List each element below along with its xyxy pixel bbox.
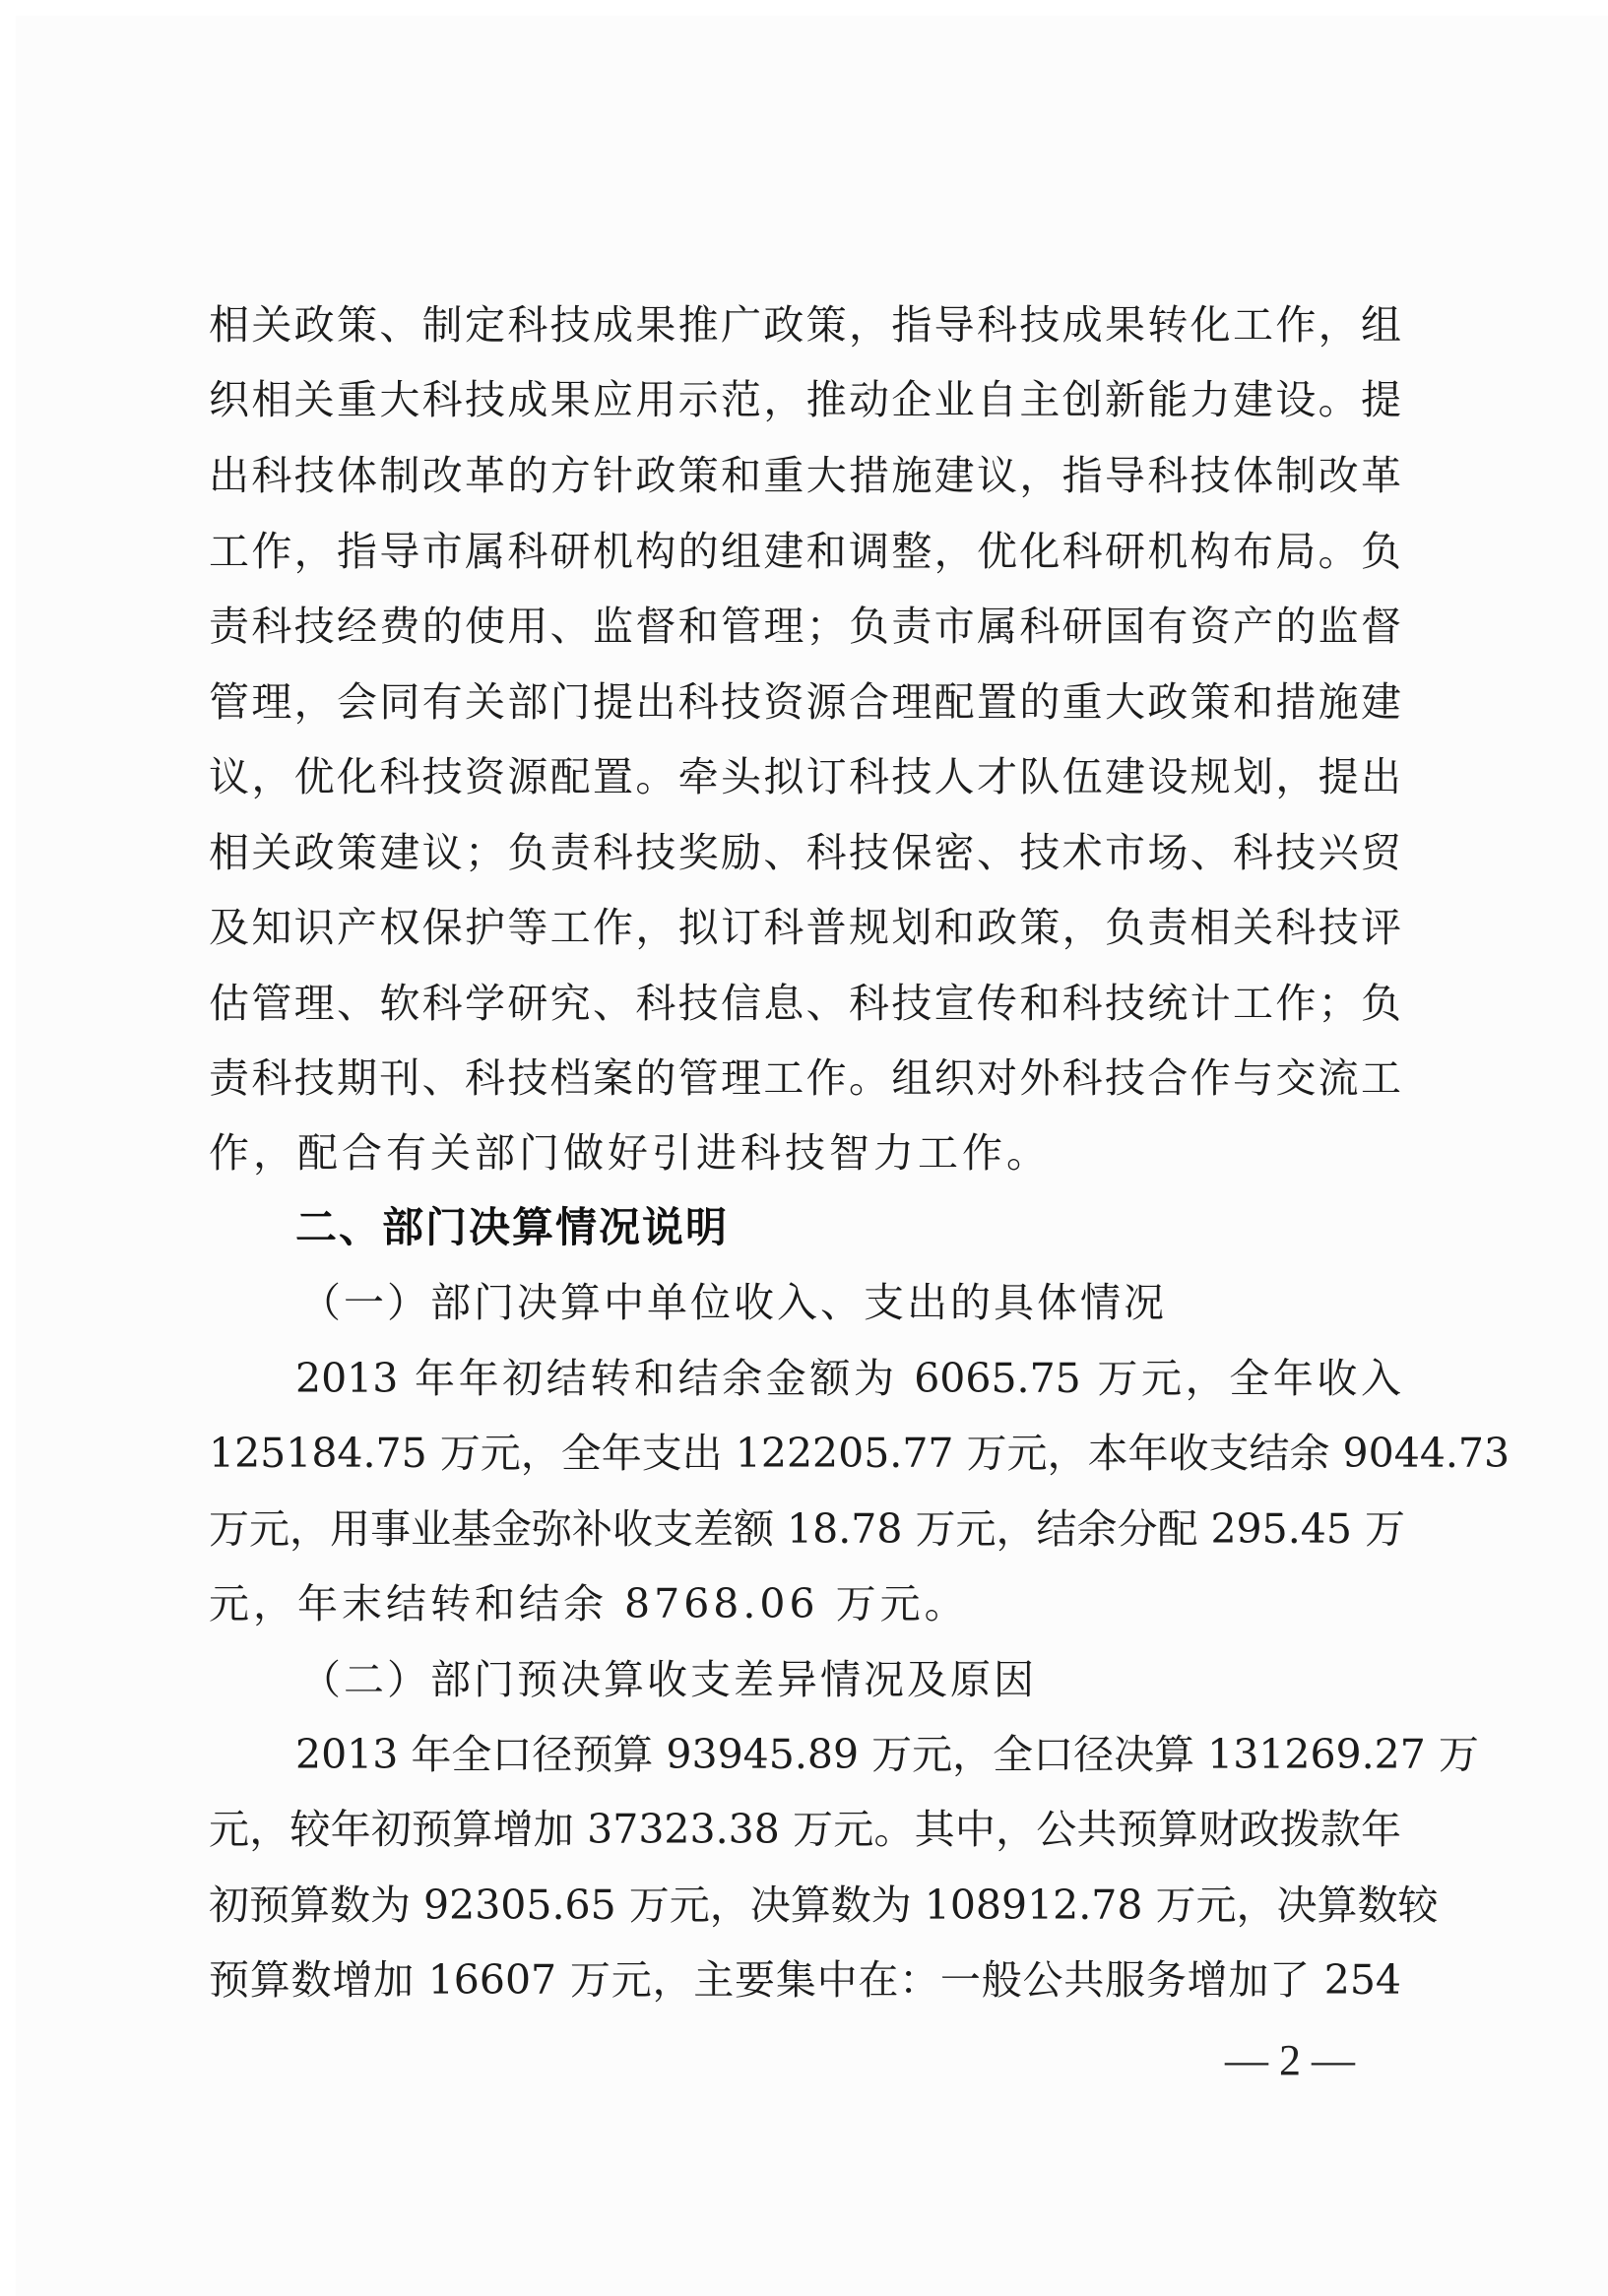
paragraph-line: 管理，会同有关部门提出科技资源合理配置的重大政策和措施建	[209, 674, 1401, 730]
subsection-title: （二）部门预决算收支差异情况及原因	[300, 1652, 1037, 1707]
subsection-title: （一）部门决算中单位收入、支出的具体情况	[300, 1275, 1167, 1330]
paragraph-line: 作，配合有关部门做好引进科技智力工作。	[209, 1125, 1401, 1180]
paragraph-line: 2013 年全口径预算 93945.89 万元，全口径决算 131269.27 …	[295, 1727, 1401, 1782]
paragraph-line: 125184.75 万元，全年支出 122205.77 万元，本年收支结余 90…	[209, 1426, 1401, 1481]
paragraph-line: 估管理、软科学研究、科技信息、科技宣传和科技统计工作；负	[209, 976, 1401, 1031]
paragraph-line: 相关政策、制定科技成果推广政策，指导科技成果转化工作，组	[209, 297, 1401, 352]
paragraph-line: 织相关重大科技成果应用示范，推动企业自主创新能力建设。提	[209, 372, 1401, 427]
paragraph-line: 元，较年初预算增加 37323.38 万元。其中，公共预算财政拨款年	[209, 1802, 1401, 1857]
paragraph-line: 预算数增加 16607 万元，主要集中在：一般公共服务增加了 254	[209, 1952, 1401, 2008]
paragraph-line: 出科技体制改革的方针政策和重大措施建议，指导科技体制改革	[209, 448, 1401, 503]
page-number: — 2 —	[1221, 2036, 1359, 2085]
section-heading: 二、部门决算情况说明	[295, 1200, 729, 1255]
paragraph-line: 2013 年年初结转和结余金额为 6065.75 万元，全年收入	[295, 1351, 1401, 1406]
paragraph-line: 议，优化科技资源配置。牵头拟订科技人才队伍建设规划，提出	[209, 749, 1401, 804]
paragraph-line: 工作，指导市属科研机构的组建和调整，优化科研机构布局。负	[209, 524, 1401, 579]
paragraph-line: 初预算数为 92305.65 万元，决算数为 108912.78 万元，决算数较	[209, 1878, 1401, 1933]
paragraph-line: 元，年末结转和结余 8768.06 万元。	[209, 1576, 1401, 1631]
paragraph-line: 责科技经费的使用、监督和管理；负责市属科研国有资产的监督	[209, 599, 1401, 654]
paragraph-line: 及知识产权保护等工作，拟订科普规划和政策，负责相关科技评	[209, 900, 1401, 955]
paragraph-line: 相关政策建议；负责科技奖励、科技保密、技术市场、科技兴贸	[209, 825, 1401, 880]
paragraph-line: 万元，用事业基金弥补收支差额 18.78 万元，结余分配 295.45 万	[209, 1501, 1401, 1557]
paragraph-line: 责科技期刊、科技档案的管理工作。组织对外科技合作与交流工	[209, 1051, 1401, 1106]
